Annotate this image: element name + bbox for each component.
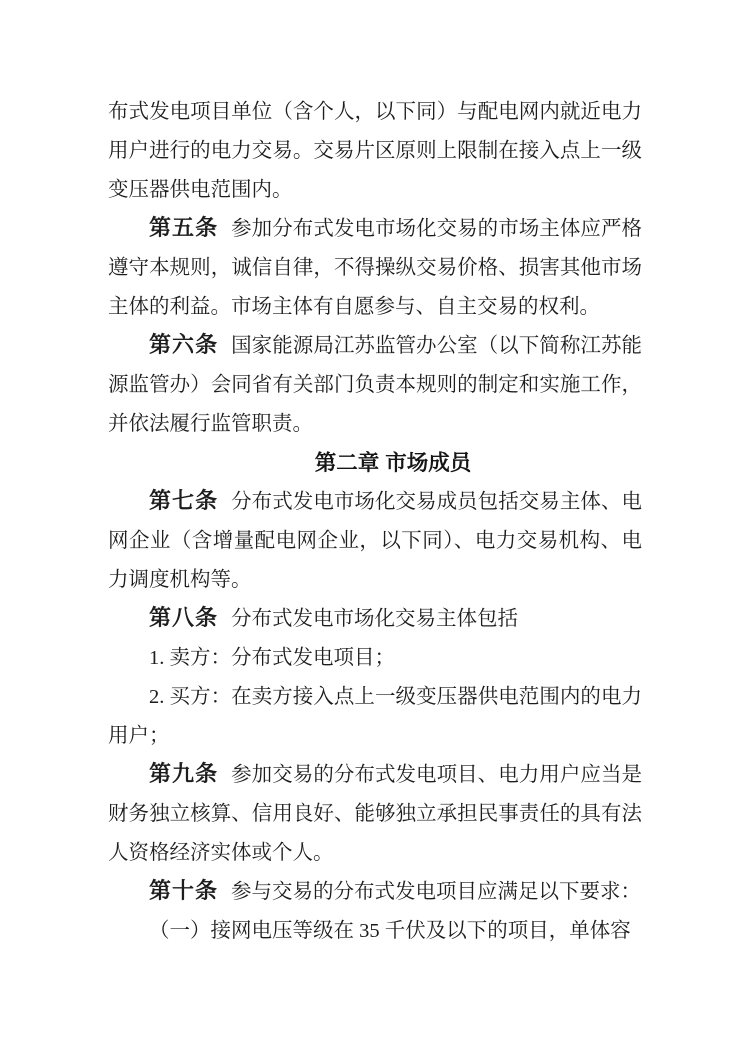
article-6-label: 第六条 xyxy=(149,332,218,357)
sub-item-1-text: （一）接网电压等级在 35 千伏及以下的项目，单体容 xyxy=(149,920,631,942)
article-8-paragraph: 第八条分布式发电市场化交易主体包括 xyxy=(108,600,642,639)
article-10-paragraph: 第十条参与交易的分布式发电项目应满足以下要求： xyxy=(108,873,642,912)
list-item-buyer: 2. 买方：在卖方接入点上一级变压器供电范围内的电力用户； xyxy=(108,678,642,756)
article-5-label: 第五条 xyxy=(149,215,218,240)
article-9-paragraph: 第九条参加交易的分布式发电项目、电力用户应当是财务独立核算、信用良好、能够独立承… xyxy=(108,756,642,873)
list-item-seller: 1. 卖方：分布式发电项目； xyxy=(108,639,642,678)
chapter-2-heading: 第二章 市场成员 xyxy=(108,444,642,483)
article-10-label: 第十条 xyxy=(149,878,218,903)
article-7-label: 第七条 xyxy=(149,488,218,513)
paragraph-continuation: 布式发电项目单位（含个人，以下同）与配电网内就近电力用户进行的电力交易。交易片区… xyxy=(108,93,642,210)
article-8-label: 第八条 xyxy=(149,605,218,630)
article-10-text: 参与交易的分布式发电项目应满足以下要求： xyxy=(231,881,641,903)
article-8-text: 分布式发电市场化交易主体包括 xyxy=(231,608,518,630)
paragraph-continuation-text: 布式发电项目单位（含个人，以下同）与配电网内就近电力用户进行的电力交易。交易片区… xyxy=(108,101,642,201)
article-5-paragraph: 第五条参加分布式发电市场化交易的市场主体应严格遵守本规则，诚信自律，不得操纵交易… xyxy=(108,210,642,327)
article-9-label: 第九条 xyxy=(149,761,218,786)
article-6-paragraph: 第六条国家能源局江苏监管办公室（以下简称江苏能源监管办）会同省有关部门负责本规则… xyxy=(108,327,642,444)
sub-item-1-paragraph: （一）接网电压等级在 35 千伏及以下的项目，单体容 xyxy=(108,912,642,951)
document-page: 布式发电项目单位（含个人，以下同）与配电网内就近电力用户进行的电力交易。交易片区… xyxy=(0,0,750,1060)
article-7-paragraph: 第七条分布式发电市场化交易成员包括交易主体、电网企业（含增量配电网企业，以下同）… xyxy=(108,483,642,600)
list-item-seller-text: 1. 卖方：分布式发电项目； xyxy=(149,647,395,669)
list-item-buyer-text: 2. 买方：在卖方接入点上一级变压器供电范围内的电力用户； xyxy=(108,686,642,747)
